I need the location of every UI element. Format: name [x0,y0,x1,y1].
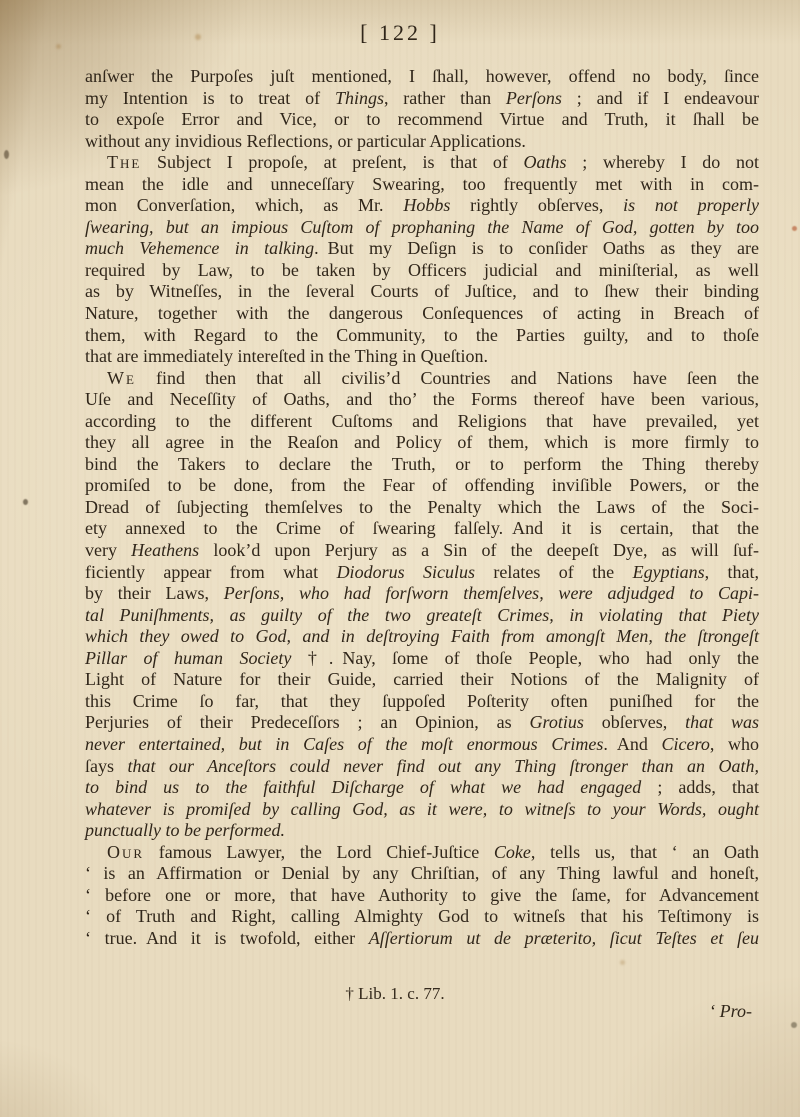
text-line: mean the idle and unneceſſary Swearing, … [85,174,759,196]
text-segment: according to the different Cuſtoms and R… [85,411,759,431]
text-segment: obſerves, [584,712,685,732]
footnote: † Lib. 1. c. 77. [0,984,790,1004]
text-line: ‘ before one or more, that have Authorit… [85,885,759,907]
paper-speck [23,499,28,505]
text-segment: ‘ is an Affirmation or Denial by any Chr… [85,863,759,883]
text-line: as by Witneſſes, in the ſeveral Courts o… [85,281,759,303]
text-segment: Diodorus Siculus [337,562,475,582]
text-segment: famous Lawyer, the Lord Chief-Juſtice [144,842,494,862]
text-segment: punctually to be performed. [85,820,285,840]
text-line: anſwer the Purpoſes juſt mentioned, I ſh… [85,66,759,88]
text-segment: Aſſertiorum ut de præterito, ſicut Teſte… [369,928,759,948]
text-segment: much Vehemence in talking [85,238,314,258]
text-segment: , who [710,734,759,754]
text-line: tal Puniſhments, as guilty of the two gr… [85,605,759,627]
text-line: ety annexed to the Crime of ſwearing fal… [85,518,759,540]
text-segment: ; adds, that [641,777,759,797]
text-line: ſwearing, but an impious Cuſtom of proph… [85,217,759,239]
text-segment: ‘ of Truth and Right, calling Almighty G… [85,906,759,926]
text-segment: rightly obſerves, [450,195,623,215]
text-segment: Things [335,88,384,108]
text-segment: ety annexed to the Crime of ſwearing fal… [85,518,759,538]
paper-speck [791,1022,797,1028]
text-segment: is not properly [623,195,759,215]
text-line: ſays that our Anceſtors could never find… [85,756,759,778]
text-segment: as by Witneſſes, in the ſeveral Courts o… [85,281,759,301]
text-segment: ; and if I endeavour [562,88,759,108]
book-page: [ 122 ] anſwer the Purpoſes juſt mention… [0,0,800,1117]
text-segment: Light of Nature for their Guide, carried… [85,669,759,689]
text-segment: look’d upon Perjury as a Sin of the deep… [199,540,759,560]
text-segment: Perſons [506,88,562,108]
text-segment: ficiently appear from what [85,562,337,582]
text-segment: to bind us to the faithful Diſcharge of … [85,777,641,797]
text-segment: . And [603,734,661,754]
text-line: ficiently appear from what Diodorus Sicu… [85,562,759,584]
text-line: according to the different Cuſtoms and R… [85,411,759,433]
text-line: promiſed to be done, from the Fear of of… [85,475,759,497]
text-segment: Cicero [662,734,710,754]
text-segment: relates of the [475,562,633,582]
text-segment: that our Anceſtors could never find out … [128,756,760,776]
text-segment: Nature, together with the dangerous Conſ… [85,303,759,323]
text-segment: very [85,540,131,560]
foxing-spot [620,960,625,965]
text-segment: this Crime ſo far, that they ſuppoſed Po… [85,691,759,711]
text-line: ‘ is an Affirmation or Denial by any Chr… [85,863,759,885]
text-segment: they all agree in the Reaſon and Policy … [85,432,759,452]
text-segment: mean the idle and unneceſſary Swearing, … [85,174,759,194]
text-segment: never entertained, but in Caſes of the m… [85,734,603,754]
text-segment: ſwearing, but an impious Cuſtom of proph… [85,217,759,237]
text-line: Our famous Lawyer, the Lord Chief-Juſtic… [85,842,759,864]
text-segment: Egyptians [633,562,705,582]
text-segment: required by Law, to be taken by Officers… [85,260,759,280]
text-line: whatever is promiſed by calling God, as … [85,799,759,821]
text-line: Pillar of human Society †. Nay, ſome of … [85,648,759,670]
text-segment: them, with Regard to the Community, to t… [85,325,759,345]
text-segment: Subject I propoſe, at preſent, is that o… [141,152,523,172]
foxing-spot [792,226,797,231]
text-line: without any invidious Reflections, or pa… [85,131,759,153]
text-line: mon Converſation, which, as Mr. Hobbs ri… [85,195,759,217]
text-segment: mon Converſation, which, as Mr. [85,195,403,215]
text-line: my Intention is to treat of Things, rath… [85,88,759,110]
text-segment: †. Nay, ſome of thoſe People, who had on… [291,648,759,668]
text-line: Perjuries of their Predeceſſors ; an Opi… [85,712,759,734]
text-segment: tal Puniſhments, as guilty of the two gr… [85,605,759,625]
text-segment: which they owed to God, and in deſtroyin… [85,626,759,646]
text-segment: ; whereby I do not [567,152,759,172]
text-line: ‘ true. And it is twofold, either Aſſert… [85,928,759,950]
text-segment: by their Laws, [85,583,224,603]
text-segment: ‘ before one or more, that have Authorit… [85,885,759,905]
text-line: by their Laws, Perſons, who had forſworn… [85,583,759,605]
text-segment: Heathens [131,540,199,560]
text-line: The Subject I propoſe, at preſent, is th… [85,152,759,174]
text-line: ‘ of Truth and Right, calling Almighty G… [85,906,759,928]
text-segment: , tells us, that ‘ an Oath [531,842,759,862]
text-line: We find then that all civilis’d Countrie… [85,368,759,390]
text-segment: without any invidious Reflections, or pa… [85,131,526,151]
text-segment: , rather than [384,88,506,108]
text-segment: Perjuries of their Predeceſſors ; an Opi… [85,712,530,732]
text-segment: promiſed to be done, from the Fear of of… [85,475,759,495]
text-line: much Vehemence in talking. But my Deſign… [85,238,759,260]
text-segment: Our [107,842,144,862]
text-line: which they owed to God, and in deſtroyin… [85,626,759,648]
text-line: they all agree in the Reaſon and Policy … [85,432,759,454]
text-segment: whatever is promiſed by calling God, as … [85,799,759,819]
text-line: Light of Nature for their Guide, carried… [85,669,759,691]
text-segment: anſwer the Purpoſes juſt mentioned, I ſh… [85,66,759,86]
text-segment: We [107,368,136,388]
text-line: Uſe and Neceſſity of Oaths, and tho’ the… [85,389,759,411]
text-segment: Oaths [524,152,567,172]
text-segment: Coke [494,842,531,862]
text-segment: that are immediately intereſted in the T… [85,346,488,366]
text-segment: Hobbs [403,195,450,215]
text-segment: Uſe and Neceſſity of Oaths, and tho’ the… [85,389,759,409]
text-line: Dread of ſubjecting themſelves to the Pe… [85,497,759,519]
text-segment: Pillar of human Society [85,648,291,668]
text-line: that are immediately intereſted in the T… [85,346,759,368]
text-segment: The [107,152,141,172]
text-line: bind the Takers to declare the Truth, or… [85,454,759,476]
text-line: required by Law, to be taken by Officers… [85,260,759,282]
page-text-block: anſwer the Purpoſes juſt mentioned, I ſh… [85,66,759,949]
text-segment: bind the Takers to declare the Truth, or… [85,454,759,474]
paper-speck [4,150,9,159]
text-line: Nature, together with the dangerous Conſ… [85,303,759,325]
text-line: them, with Regard to the Community, to t… [85,325,759,347]
text-segment: that was [685,712,759,732]
text-segment: Dread of ſubjecting themſelves to the Pe… [85,497,759,517]
text-line: very Heathens look’d upon Perjury as a S… [85,540,759,562]
text-segment: ſays [85,756,128,776]
text-segment: to expoſe Error and Vice, or to recommen… [85,109,759,129]
text-line: never entertained, but in Caſes of the m… [85,734,759,756]
text-line: punctually to be performed. [85,820,759,842]
text-segment: Perſons, who had forſworn themſelves, we… [224,583,759,603]
text-segment: . But my Deſign is to conſider Oaths as … [314,238,759,258]
page-number: [ 122 ] [0,20,800,46]
text-line: to bind us to the faithful Diſcharge of … [85,777,759,799]
text-segment: Grotius [530,712,584,732]
text-segment: find then that all civilis’d Countries a… [136,368,759,388]
text-line: to expoſe Error and Vice, or to recommen… [85,109,759,131]
text-segment: , that, [705,562,759,582]
catchword: ‘ Pro- [709,1001,752,1022]
text-segment: ‘ true. And it is twofold, either [85,928,369,948]
text-line: this Crime ſo far, that they ſuppoſed Po… [85,691,759,713]
text-segment: my Intention is to treat of [85,88,335,108]
